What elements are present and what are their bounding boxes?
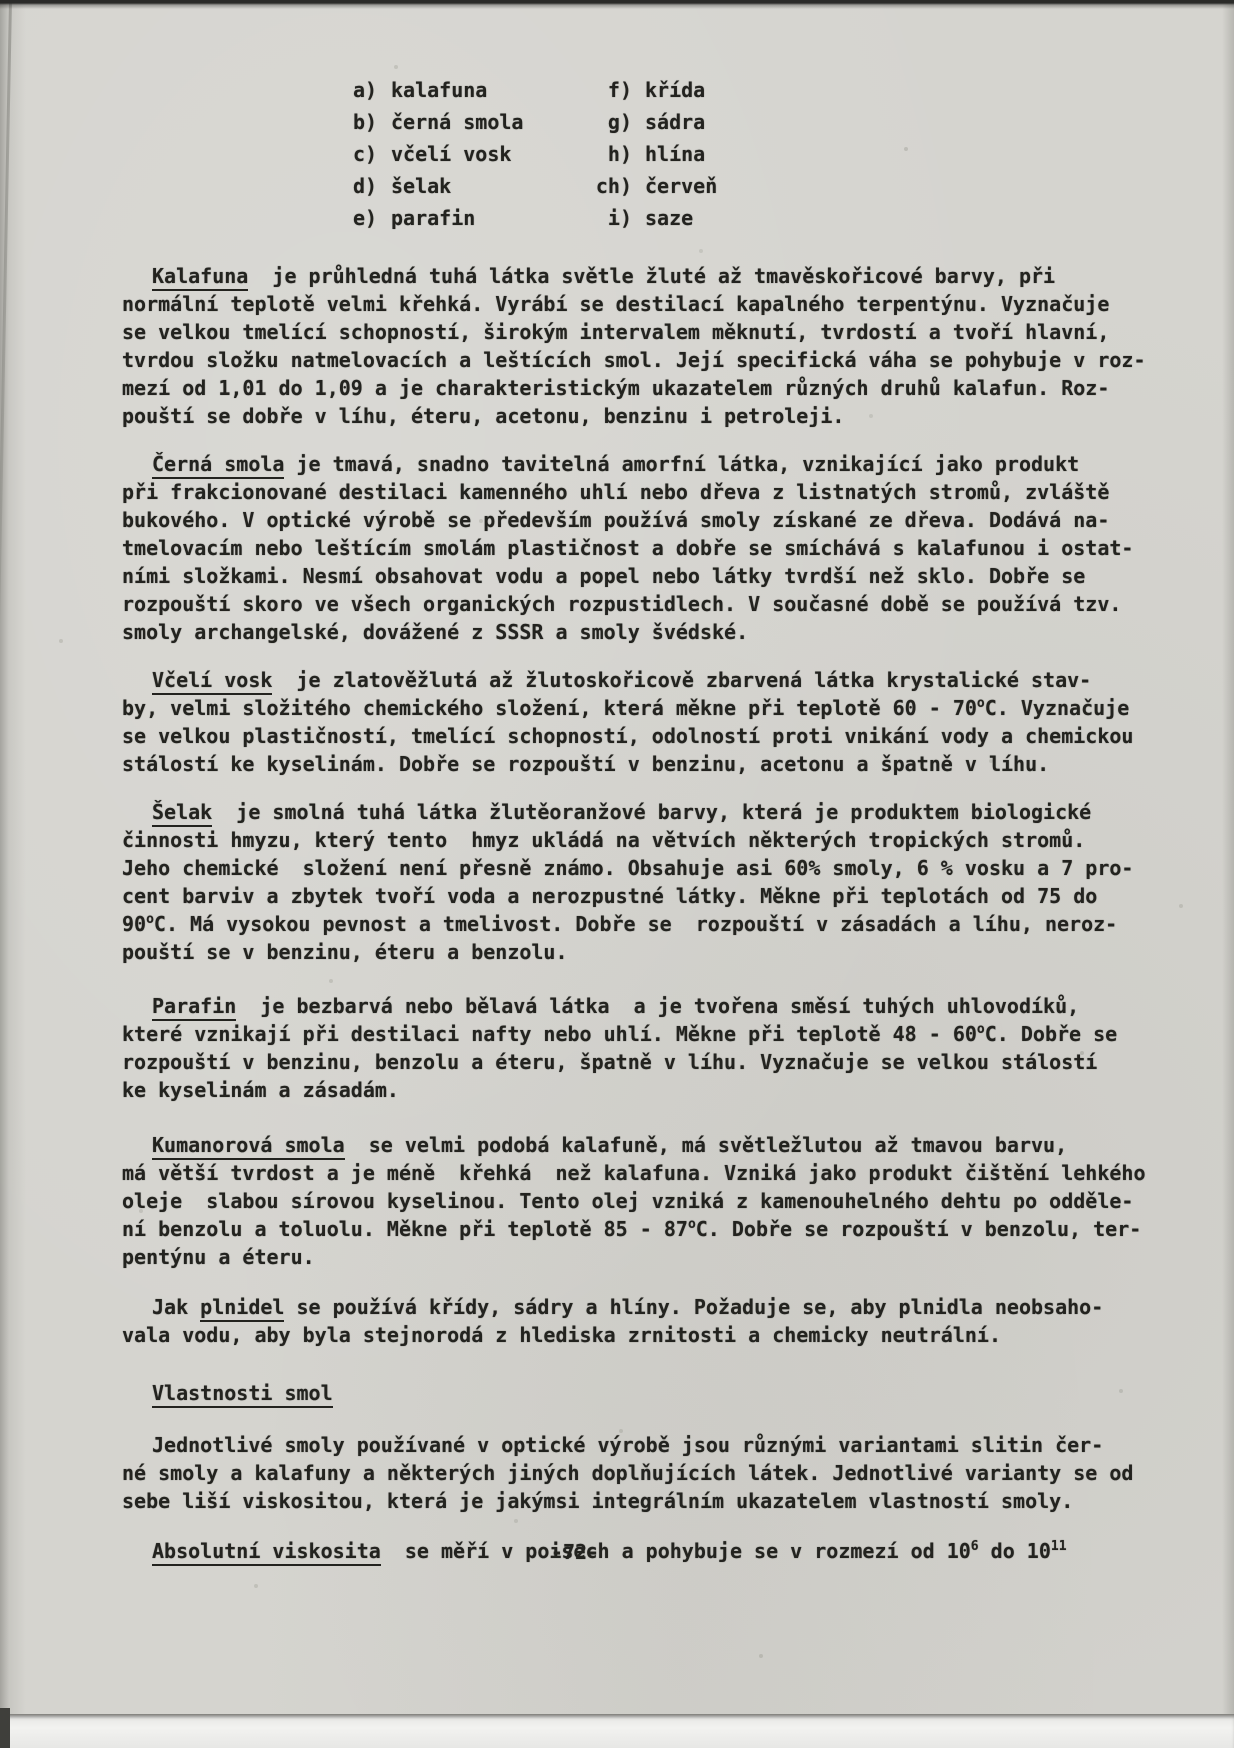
paragraph: Jednotlivé smoly používané v optické výr… (122, 1431, 1182, 1515)
underlying-sheet-strip (0, 1714, 1234, 1748)
text-line: Parafin je bezbarvá nebo bělavá látka a … (122, 992, 1182, 1020)
text-line: Kumanorová smola se velmi podobá kalafun… (122, 1131, 1182, 1159)
substance-list: a)kalafunaf)křídab)černá smolag)sádrac)v… (353, 74, 717, 234)
list-item-value: křída (645, 74, 705, 106)
text-line: normální teplotě velmi křehká. Vyrábí se… (122, 290, 1182, 318)
list-item-value: sádra (645, 106, 705, 138)
text-line: které vznikají při destilaci nafty nebo … (122, 1020, 1182, 1048)
list-row: d)šelakch)červeň (353, 170, 717, 202)
text-line: né smoly a kalafuny a některých jiných d… (122, 1459, 1182, 1487)
page-right-edge-shadow (1222, 0, 1234, 1748)
paragraph: Včelí vosk je zlatověžlutá až žlutoskoři… (122, 666, 1182, 778)
text-line: stálostí ke kyselinám. Dobře se rozpoušt… (122, 750, 1182, 778)
text-line: tmelovacím nebo leštícím smolám plastičn… (122, 534, 1182, 562)
superscript: o (977, 1022, 985, 1037)
paragraph: Jak plnidel se používá křídy, sádry a hl… (122, 1293, 1182, 1349)
text-line: Vlastnosti smol (122, 1379, 1182, 1407)
list-item-value: červeň (645, 170, 717, 202)
list-item-key: ch) (591, 170, 632, 202)
text-line: pouští se dobře v líhu, éteru, acetonu, … (122, 402, 1182, 430)
list-item-key: h) (591, 138, 632, 170)
list-item-value: saze (645, 202, 693, 234)
list-item-key: b) (353, 106, 379, 138)
paragraph: Parafin je bezbarvá nebo bělavá látka a … (122, 992, 1182, 1104)
list-row: c)včelí voskh)hlína (353, 138, 717, 170)
list-item-value: černá smola (391, 106, 591, 138)
text-line: Jednotlivé smoly používané v optické výr… (122, 1431, 1182, 1459)
scanned-page: a)kalafunaf)křídab)černá smolag)sádrac)v… (0, 0, 1234, 1748)
superscript: o (977, 696, 985, 711)
underlined-term: Kumanorová smola (152, 1133, 345, 1160)
underlined-term: Šelak (152, 800, 212, 827)
text-line: ními složkami. Nesmí obsahovat vodu a po… (122, 562, 1182, 590)
text-line: Šelak je smolná tuhá látka žlutěoranžové… (122, 798, 1182, 826)
text-line: ke kyselinám a zásadám. (122, 1076, 1182, 1104)
list-row: a)kalafunaf)křída (353, 74, 717, 106)
page-top-edge-shadow (0, 0, 1234, 9)
underlined-term: Včelí vosk (152, 668, 272, 695)
text-line: by, velmi složitého chemického složení, … (122, 694, 1182, 722)
text-line: se velkou plastičností, tmelící schopnos… (122, 722, 1182, 750)
list-item-value: kalafuna (391, 74, 591, 106)
text-line: bukového. V optické výrobě se především … (122, 506, 1182, 534)
underlined-term: Parafin (152, 994, 236, 1021)
text-line: Kalafuna je průhledná tuhá látka světle … (122, 262, 1182, 290)
text-line: Černá smola je tmavá, snadno tavitelná a… (122, 450, 1182, 478)
text-line: mezí od 1,01 do 1,09 a je charakteristic… (122, 374, 1182, 402)
text-line: pentýnu a éteru. (122, 1243, 1182, 1271)
text-line: cent barviv a zbytek tvoří voda a nerozp… (122, 882, 1182, 910)
text-line: se velkou tmelící schopností, širokým in… (122, 318, 1182, 346)
text-line: při frakcionované destilaci kamenného uh… (122, 478, 1182, 506)
list-item-value: šelak (391, 170, 591, 202)
bottom-left-corner-mark (0, 1708, 10, 1748)
list-row: b)černá smolag)sádra (353, 106, 717, 138)
text-line: má větší tvrdost a je méně křehká než ka… (122, 1159, 1182, 1187)
paragraph: Kalafuna je průhledná tuhá látka světle … (122, 262, 1182, 430)
text-line: činnosti hmyzu, který tento hmyz ukládá … (122, 826, 1182, 854)
paragraph: Šelak je smolná tuhá látka žlutěoranžové… (122, 798, 1182, 966)
paragraph: Kumanorová smola se velmi podobá kalafun… (122, 1131, 1182, 1271)
body-text: Kalafuna je průhledná tuhá látka světle … (122, 262, 1182, 1565)
underlined-term: Černá smola (152, 452, 284, 479)
text-line: vala vodu, aby byla stejnorodá z hledisk… (122, 1321, 1182, 1349)
text-line: rozpouští skoro ve všech organických roz… (122, 590, 1182, 618)
text-line: Včelí vosk je zlatověžlutá až žlutoskoři… (122, 666, 1182, 694)
list-item-key: d) (353, 170, 379, 202)
text-line: sebe liší viskositou, která je jakýmsi i… (122, 1487, 1182, 1515)
text-line: tvrdou složku natmelovacích a leštících … (122, 346, 1182, 374)
underlined-term: plnidel (200, 1295, 284, 1322)
text-line: pouští se v benzinu, éteru a benzolu. (122, 938, 1182, 966)
list-item-key: g) (591, 106, 632, 138)
paragraph: Černá smola je tmavá, snadno tavitelná a… (122, 450, 1182, 646)
page-number: -72- (0, 1538, 1150, 1566)
superscript: o (146, 912, 154, 927)
text-line: oleje slabou sírovou kyselinou. Tento ol… (122, 1187, 1182, 1215)
text-line: smoly archangelské, dovážené z SSSR a sm… (122, 618, 1182, 646)
list-item-key: i) (591, 202, 632, 234)
underlined-term: Vlastnosti smol (152, 1381, 333, 1408)
list-item-key: f) (591, 74, 632, 106)
list-row: e)parafini)saze (353, 202, 717, 234)
list-item-key: e) (353, 202, 379, 234)
text-line: ní benzolu a toluolu. Měkne při teplotě … (122, 1215, 1182, 1243)
list-item-value: včelí vosk (391, 138, 591, 170)
list-item-key: c) (353, 138, 379, 170)
list-item-value: hlína (645, 138, 705, 170)
text-line: 90oC. Má vysokou pevnost a tmelivost. Do… (122, 910, 1182, 938)
underlined-term: Kalafuna (152, 264, 248, 291)
superscript: o (688, 1217, 696, 1232)
list-item-key: a) (353, 74, 379, 106)
section-heading: Vlastnosti smol (122, 1379, 1182, 1407)
text-line: rozpouští v benzinu, benzolu a éteru, šp… (122, 1048, 1182, 1076)
list-item-value: parafin (391, 202, 591, 234)
text-line: Jeho chemické složení není přesně známo.… (122, 854, 1182, 882)
text-line: Jak plnidel se používá křídy, sádry a hl… (122, 1293, 1182, 1321)
